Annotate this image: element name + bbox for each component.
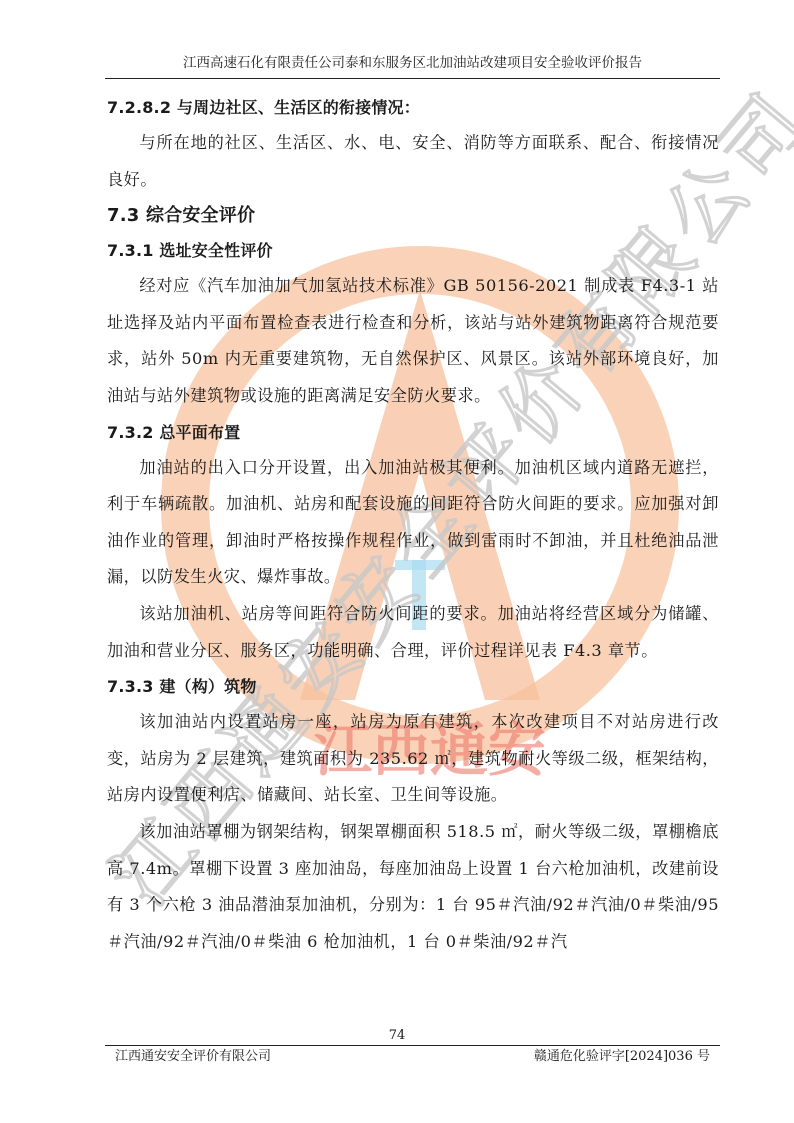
section-heading-7-3: 7.3 综合安全评价 bbox=[107, 198, 719, 233]
page-number: 74 bbox=[0, 1028, 794, 1043]
paragraph: 该加油站内设置站房一座，站房为原有建筑，本次改建项目不对站房进行改变，站房为 2… bbox=[107, 704, 719, 814]
footer-company: 江西通安安全评价有限公司 bbox=[115, 1046, 271, 1068]
section-heading-7-2-8-2: 7.2.8.2 与周边社区、生活区的衔接情况： bbox=[107, 90, 719, 125]
paragraph: 该加油站罩棚为钢架结构，钢架罩棚面积 518.5 ㎡，耐火等级二级，罩棚檐底高 … bbox=[107, 814, 719, 960]
paragraph: 该站加油机、站房等间距符合防火间距的要求。加油站将经营区域分为储罐、加油和营业分… bbox=[107, 596, 719, 669]
page-footer: 江西通安安全评价有限公司 赣通危化验评字[2024]036 号 bbox=[105, 1045, 720, 1068]
page-header: 江西高速石化有限责任公司泰和东服务区北加油站改建项目安全验收评价报告 bbox=[105, 52, 720, 79]
section-heading-7-3-1: 7.3.1 选址安全性评价 bbox=[107, 233, 719, 268]
footer-report-code: 赣通危化验评字[2024]036 号 bbox=[534, 1046, 710, 1068]
paragraph: 加油站的出入口分开设置，出入加油站极其便利。加油机区域内道路无遮拦，利于车辆疏散… bbox=[107, 450, 719, 596]
document-page: 江西通安 江西通安安全评价有限公司 江西高速石化有限责任公司泰和东服务区北加油站… bbox=[0, 0, 794, 1123]
section-heading-7-3-3: 7.3.3 建（构）筑物 bbox=[107, 669, 719, 704]
header-title: 江西高速石化有限责任公司泰和东服务区北加油站改建项目安全验收评价报告 bbox=[183, 55, 642, 71]
paragraph: 经对应《汽车加油加气加氢站技术标准》GB 50156-2021 制成表 F4.3… bbox=[107, 268, 719, 414]
section-heading-7-3-2: 7.3.2 总平面布置 bbox=[107, 415, 719, 450]
paragraph: 与所在地的社区、生活区、水、电、安全、消防等方面联系、配合、衔接情况良好。 bbox=[107, 125, 719, 198]
document-body: 7.2.8.2 与周边社区、生活区的衔接情况： 与所在地的社区、生活区、水、电、… bbox=[107, 90, 719, 960]
